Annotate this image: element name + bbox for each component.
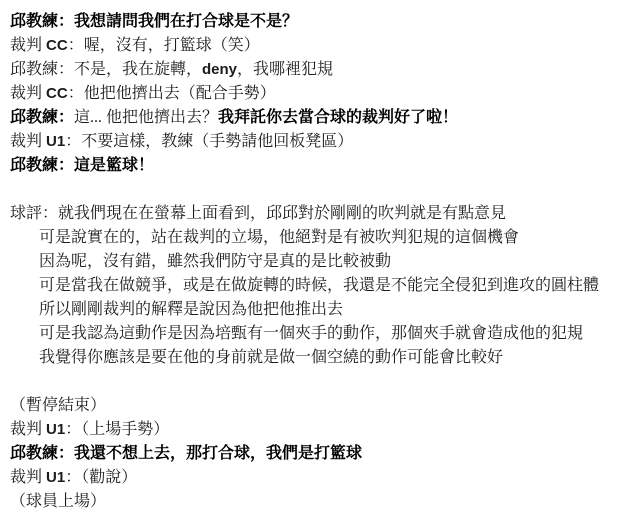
text-segment: 邱教練：不是，我在旋轉， [10,61,202,78]
text-segment: 邱教練：我還不想上去，那打合球，我們是打籃球 [10,445,362,462]
text-segment: 邱教練：我想請問我們在打合球是不是？ [10,13,298,30]
text-segment: 這... 他把他擠出去？ [74,109,218,126]
transcript-line: 因為呢，沒有錯，雖然我們防守是真的是比較被動 [10,250,634,274]
text-segment: U1 [46,469,65,486]
text-segment: （球員上場） [10,493,106,510]
text-segment: 裁判 [10,37,46,54]
text-segment: 球評：就我們現在在螢幕上面看到，邱邱對於剛剛的吹判就是有點意見 [10,205,506,222]
text-segment: ：喔，沒有，打籃球（笑） [68,37,260,54]
transcript-line: 可是當我在做競爭，或是在做旋轉的時候，我還是不能完全侵犯到進攻的圓柱體 [10,274,634,298]
text-segment: ：（勸說） [65,469,137,486]
transcript-line: 我覺得你應該是要在他的身前就是做一個空繞的動作可能會比較好 [10,346,634,370]
text-segment: 裁判 [10,85,46,102]
text-segment: 可是我認為這動作是因為培甄有一個夾手的動作，那個夾手就會造成他的犯規 [39,325,583,342]
transcript-line: 所以剛剛裁判的解釋是說因為他把他推出去 [10,298,634,322]
transcript-line: 裁判 U1：（上場手勢） [10,418,634,442]
text-segment: ：他把他擠出去（配合手勢） [68,85,276,102]
transcript-line: 可是說實在的，站在裁判的立場，他絕對是有被吹判犯規的這個機會 [10,226,634,250]
transcript-line: 邱教練：不是，我在旋轉，deny，我哪裡犯規 [10,58,634,82]
transcript-line: 可是我認為這動作是因為培甄有一個夾手的動作，那個夾手就會造成他的犯規 [10,322,634,346]
document-page: { "page": { "background": "#ffffff", "te… [0,0,640,520]
text-segment: ：不要這樣，教練（手勢請他回板凳區） [65,133,353,150]
text-segment: CC [46,37,68,54]
text-segment: U1 [46,133,65,150]
text-segment: 因為呢，沒有錯，雖然我們防守是真的是比較被動 [39,253,391,270]
transcript: 邱教練：我想請問我們在打合球是不是？裁判 CC：喔，沒有，打籃球（笑）邱教練：不… [0,0,640,520]
text-segment: ，我哪裡犯規 [237,61,333,78]
text-segment: CC [46,85,68,102]
transcript-line: 球評：就我們現在在螢幕上面看到，邱邱對於剛剛的吹判就是有點意見 [10,202,634,226]
text-segment: 可是說實在的，站在裁判的立場，他絕對是有被吹判犯規的這個機會 [39,229,519,246]
transcript-line: 邱教練：這... 他把他擠出去？我拜託你去當合球的裁判好了啦！ [10,106,634,130]
text-segment: 我拜託你去當合球的裁判好了啦！ [218,109,458,126]
blank-line [10,178,634,202]
transcript-line: （球員上場） [10,490,634,514]
text-segment: 邱教練：這是籃球！ [10,157,154,174]
text-segment: （暫停結束） [10,397,106,414]
text-segment: ：（上場手勢） [65,421,169,438]
transcript-line: 裁判 U1：（勸說） [10,466,634,490]
text-segment: U1 [46,421,65,438]
text-segment: deny [202,61,237,78]
transcript-line: （暫停結束） [10,394,634,418]
text-segment: 所以剛剛裁判的解釋是說因為他把他推出去 [39,301,343,318]
transcript-line: 邱教練：我想請問我們在打合球是不是？ [10,10,634,34]
text-segment: 邱教練： [10,109,74,126]
text-segment: 我覺得你應該是要在他的身前就是做一個空繞的動作可能會比較好 [39,349,503,366]
text-segment: 裁判 [10,421,46,438]
text-segment: 可是當我在做競爭，或是在做旋轉的時候，我還是不能完全侵犯到進攻的圓柱體 [39,277,599,294]
text-segment: 裁判 [10,469,46,486]
text-segment: 裁判 [10,133,46,150]
transcript-line: 裁判 CC：喔，沒有，打籃球（笑） [10,34,634,58]
transcript-line: 邱教練：我還不想上去，那打合球，我們是打籃球 [10,442,634,466]
transcript-line: 邱教練：這是籃球！ [10,154,634,178]
transcript-line: 裁判 U1：不要這樣，教練（手勢請他回板凳區） [10,130,634,154]
transcript-line: 裁判 CC：他把他擠出去（配合手勢） [10,82,634,106]
blank-line [10,370,634,394]
